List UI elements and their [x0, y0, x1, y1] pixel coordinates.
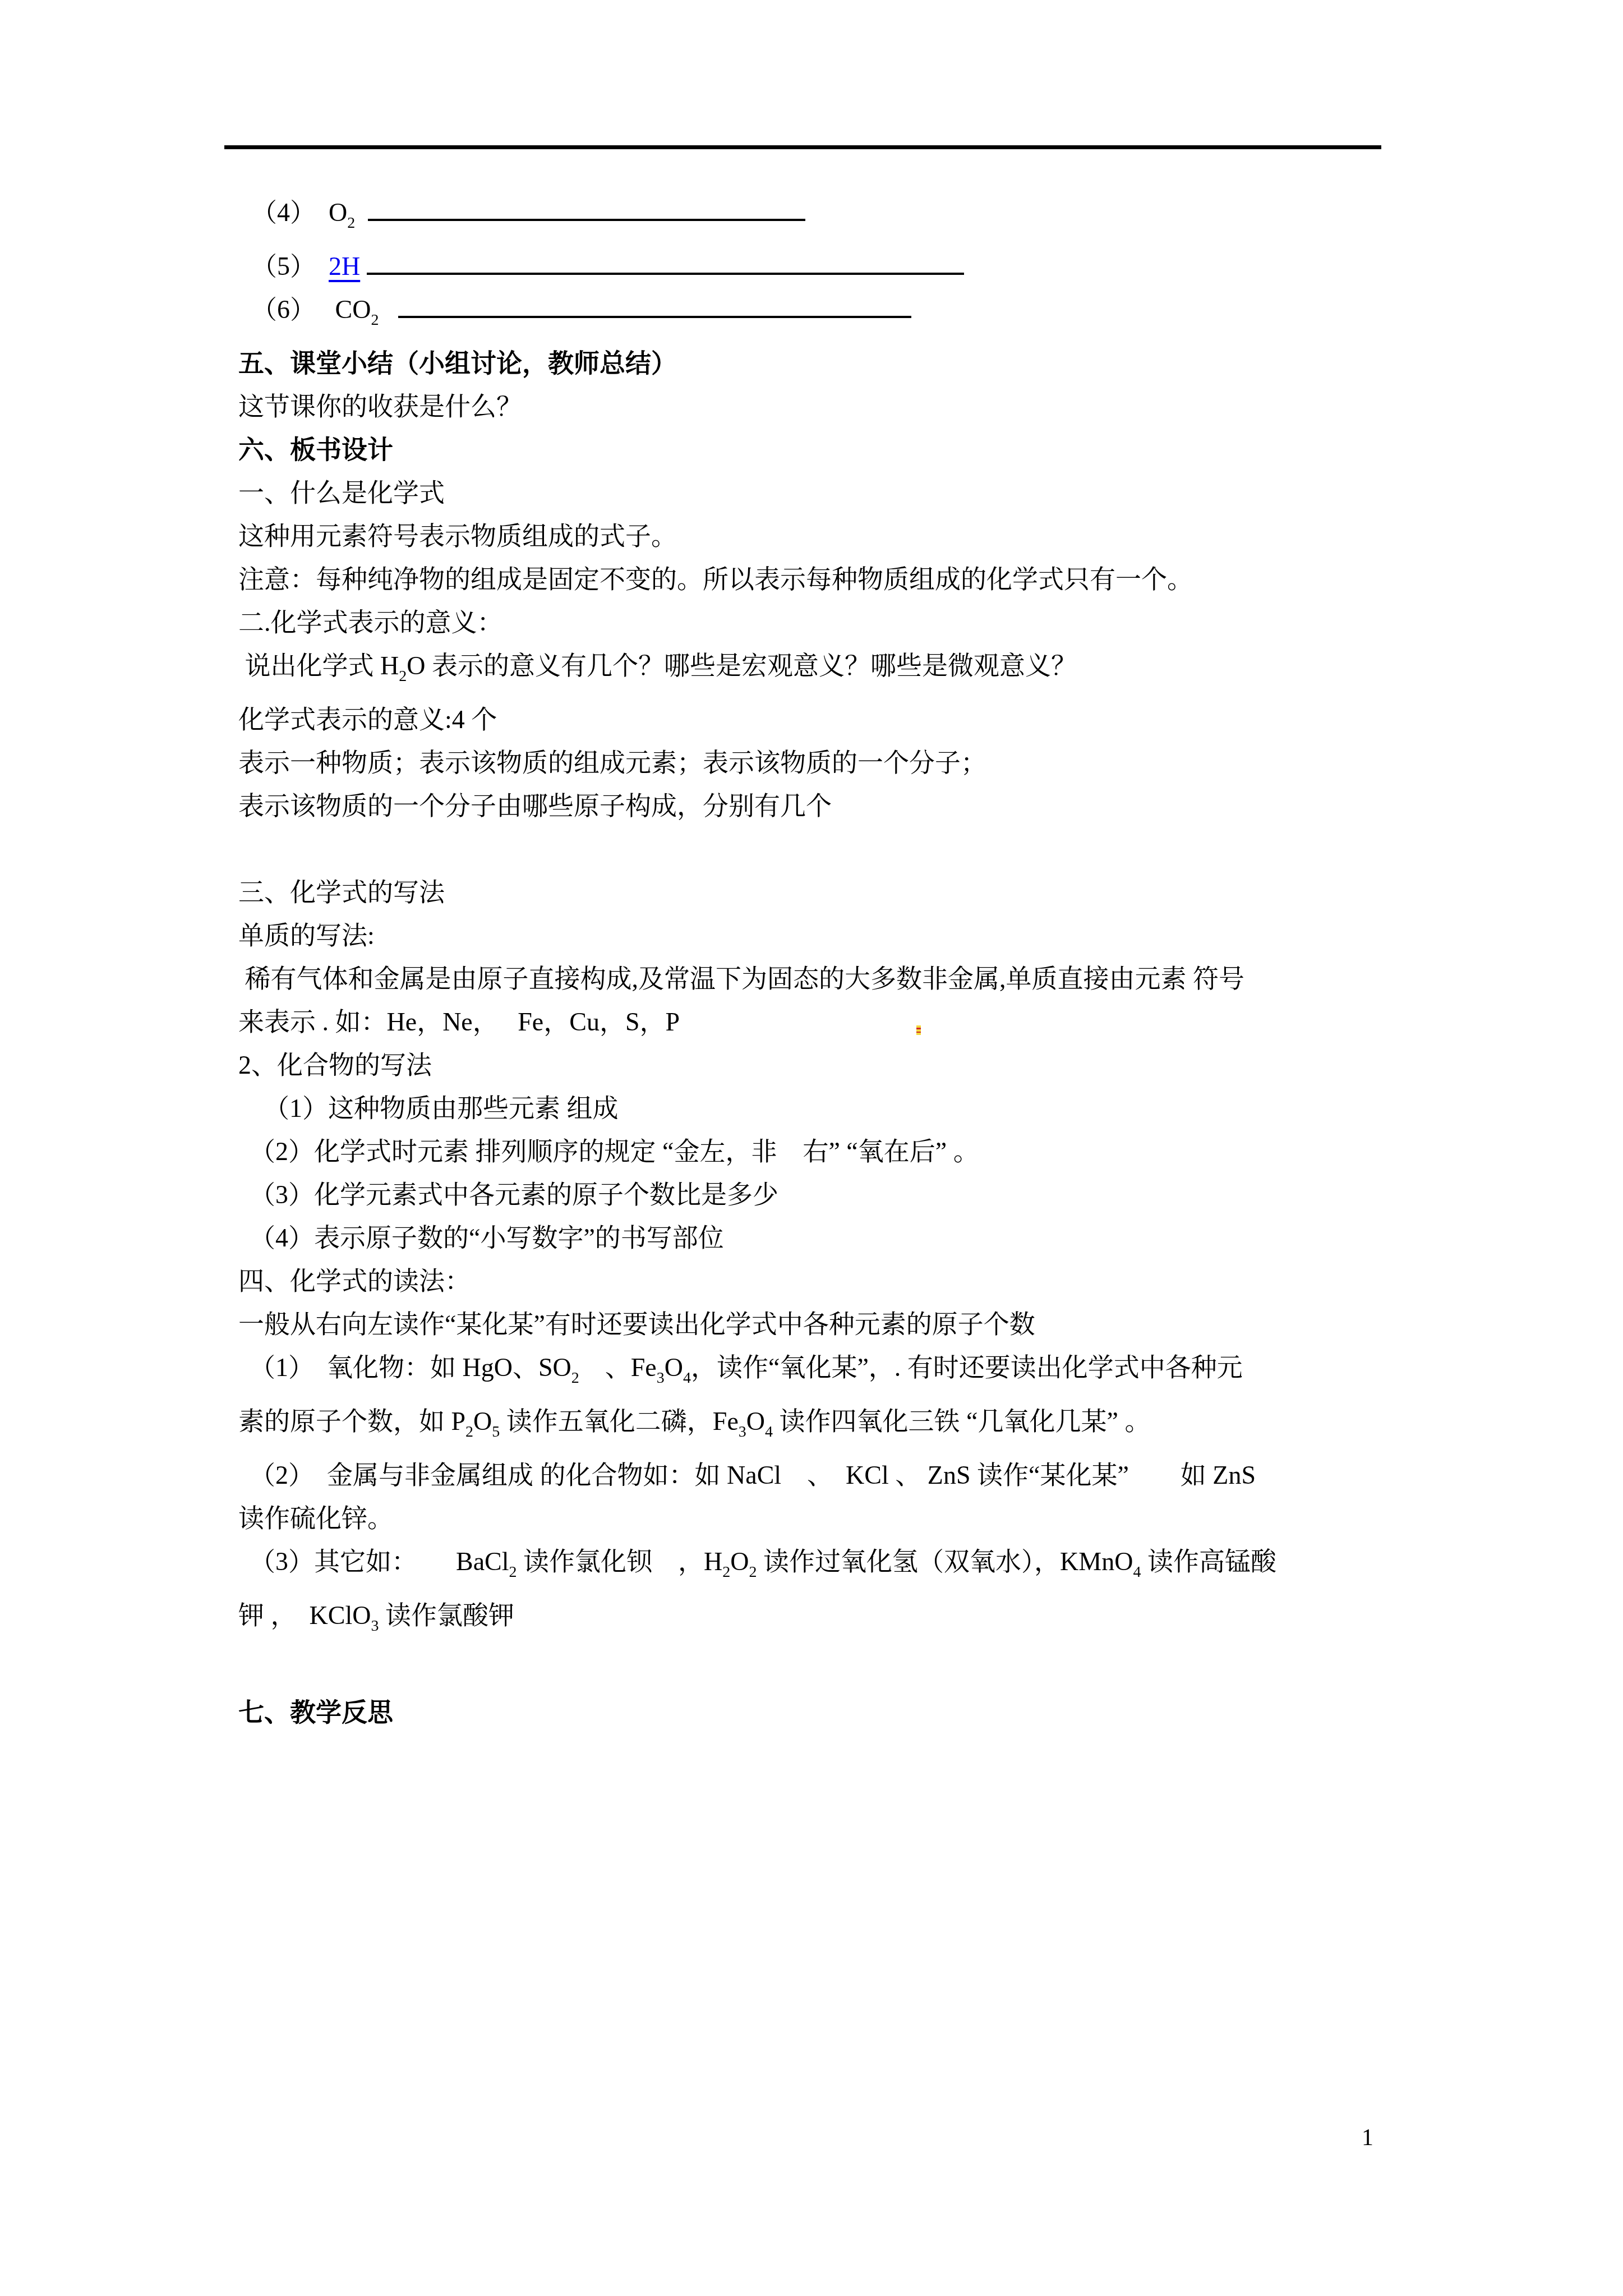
annotation-artifact-mark [916, 1025, 921, 1035]
subscript-text: 3 [657, 1369, 665, 1387]
text-run: 一般从右向左读作“某化某”有时还要读出化学式中各种元素的原子个数 [238, 1310, 1035, 1338]
text-run: 这节课你的收获是什么？ [238, 392, 522, 421]
text-run: 读作五氧化二磷，Fe [500, 1407, 739, 1435]
text-run: 注意：每种纯净物的组成是固定不变的。所以表示每种物质组成的化学式只有一个。 [238, 565, 1193, 593]
text-run [316, 295, 335, 324]
text-line: 读作硫化锌。 [238, 1497, 1461, 1540]
document-page: （4） O2 （5） 2H （6） CO2 五、课堂小结（小组讨论，教师总结）这… [0, 0, 1623, 2296]
text-run: 素的原子个数，如 P [238, 1407, 465, 1435]
text-run: （1） 氧化物：如 HgO、SO [250, 1353, 571, 1382]
text-run: O [746, 1407, 765, 1435]
text-run: 七、教学反思 [238, 1698, 393, 1727]
text-run: （4）表示原子数的“小写数字”的书写部位 [250, 1223, 724, 1252]
subscript-text: 3 [371, 1617, 379, 1635]
hyperlink[interactable]: 2H [329, 252, 360, 280]
text-run: 说出化学式 H [238, 651, 399, 680]
blank-underline [398, 291, 911, 318]
text-run: （5） [251, 252, 316, 280]
text-run: （1）这种物质由那些元素 组成 [264, 1094, 619, 1122]
text-line: 素的原子个数，如 P2O5 读作五氧化二磷，Fe3O4 读作四氧化三铁 “几氧化… [238, 1400, 1461, 1453]
text-run [316, 252, 329, 280]
text-line: （4）表示原子数的“小写数字”的书写部位 [238, 1216, 1461, 1259]
text-run: （2）化学式时元素 排列顺序的规定 “金左，非 右” “氧在后” 。 [250, 1137, 979, 1166]
text-line: 来表示 . 如：He，Ne， Fe，Cu，S，P [238, 1000, 1461, 1043]
subscript-text: 2 [347, 214, 355, 232]
subscript-text: 2 [571, 1369, 579, 1387]
text-run: O [473, 1407, 492, 1435]
text-run: （2） 金属与非金属组成 的化合物如：如 NaCl 、 KCl 、 ZnS 读作… [250, 1461, 1256, 1489]
text-run: 2、化合物的写法 [238, 1051, 432, 1079]
text-line: （1）这种物质由那些元素 组成 [238, 1087, 1461, 1130]
text-run: 、Fe [579, 1353, 657, 1382]
text-run: 这种用元素符号表示物质组成的式子。 [238, 522, 677, 550]
text-run: （3）化学元素式中各元素的原子个数比是多少 [250, 1180, 778, 1209]
text-line: 说出化学式 H2O 表示的意义有几个？哪些是宏观意义？哪些是微观意义？ [238, 644, 1461, 698]
text-run: O 表示的意义有几个？哪些是宏观意义？哪些是微观意义？ [407, 651, 1077, 680]
text-line: 这节课你的收获是什么？ [238, 385, 1461, 428]
text-run: 单质的写法: [238, 921, 375, 950]
text-run: CO [335, 295, 371, 324]
text-line: （3）化学元素式中各元素的原子个数比是多少 [238, 1173, 1461, 1216]
subscript-text: 3 [739, 1423, 746, 1441]
page-number: 1 [1362, 2124, 1373, 2152]
text-line: 三、化学式的写法 [238, 871, 1461, 914]
text-run: 稀有气体和金属是由原子直接构成,及常温下为固态的大多数非金属,单质直接由元素 符… [238, 964, 1244, 993]
text-run: 来表示 . 如：He，Ne， Fe，Cu，S，P [238, 1007, 680, 1036]
text-run: 读作氯化钡 ，H [517, 1547, 723, 1576]
subscript-text: 4 [1133, 1563, 1141, 1581]
text-line: （6） CO2 [238, 288, 1461, 342]
text-run: O [730, 1547, 749, 1576]
text-run: ，读作“氧化某”，. 有时还要读出化学式中各种元 [691, 1353, 1243, 1382]
text-run: 读作高锰酸 [1141, 1547, 1276, 1576]
text-run: 表示该物质的一个分子由哪些原子构成，分别有几个 [238, 792, 832, 820]
text-run: （4） [251, 198, 316, 227]
text-run: 读作四氧化三铁 “几氧化几某” 。 [773, 1407, 1150, 1435]
text-run: 化学式表示的意义:4 个 [238, 705, 497, 734]
text-line: 注意：每种纯净物的组成是固定不变的。所以表示每种物质组成的化学式只有一个。 [238, 558, 1461, 601]
text-line: 五、课堂小结（小组讨论，教师总结） [238, 342, 1461, 385]
text-run: 二.化学式表示的意义： [238, 608, 503, 637]
text-run: 钾 ， KClO [238, 1601, 371, 1630]
text-run: 读作氯酸钾 [379, 1601, 514, 1630]
subscript-text: 2 [399, 668, 407, 685]
text-line: 四、化学式的读法： [238, 1259, 1461, 1303]
text-line: （2） 金属与非金属组成 的化合物如：如 NaCl 、 KCl 、 ZnS 读作… [238, 1453, 1461, 1497]
text-line: （4） O2 [238, 191, 1461, 245]
text-line: 表示一种物质；表示该物质的组成元素；表示该物质的一个分子； [238, 741, 1461, 784]
subscript-text: 2 [722, 1563, 730, 1581]
text-line: 一般从右向左读作“某化某”有时还要读出化学式中各种元素的原子个数 [238, 1303, 1461, 1346]
text-run [379, 295, 398, 324]
text-line: 一、什么是化学式 [238, 471, 1461, 514]
blank-underline [367, 248, 964, 275]
text-run: 五、课堂小结（小组讨论，教师总结） [238, 349, 677, 378]
subscript-text: 2 [371, 311, 379, 329]
text-line: 二.化学式表示的意义： [238, 601, 1461, 644]
text-run: 三、化学式的写法 [238, 878, 445, 907]
document-body: （4） O2 （5） 2H （6） CO2 五、课堂小结（小组讨论，教师总结）这… [238, 191, 1461, 1734]
subscript-text: 4 [765, 1423, 773, 1441]
text-run: 读作硫化锌。 [238, 1504, 393, 1533]
subscript-text: 5 [492, 1423, 500, 1441]
text-line: 稀有气体和金属是由原子直接构成,及常温下为固态的大多数非金属,单质直接由元素 符… [238, 957, 1461, 1000]
blank-underline [368, 194, 805, 221]
text-run: 一、什么是化学式 [238, 478, 445, 507]
text-run [360, 252, 367, 280]
text-line: （1） 氧化物：如 HgO、SO2 、Fe3O4，读作“氧化某”，. 有时还要读… [238, 1346, 1461, 1400]
text-line [238, 827, 1461, 871]
text-run: O [665, 1353, 683, 1382]
subscript-text: 2 [465, 1423, 473, 1441]
text-line: （5） 2H [238, 245, 1461, 288]
text-line: 钾 ， KClO3 读作氯酸钾 [238, 1594, 1461, 1648]
text-run: 读作过氧化氢（双氧水），KMnO [757, 1547, 1133, 1576]
text-run: 四、化学式的读法： [238, 1267, 471, 1295]
text-run: （6） [251, 295, 316, 324]
text-line: 七、教学反思 [238, 1691, 1461, 1734]
text-line: 六、板书设计 [238, 428, 1461, 471]
header-divider-rule [224, 145, 1381, 149]
text-run: O [329, 198, 347, 227]
text-line: 表示该物质的一个分子由哪些原子构成，分别有几个 [238, 784, 1461, 827]
text-line [238, 1648, 1461, 1691]
text-run [355, 198, 368, 227]
text-line: 化学式表示的意义:4 个 [238, 698, 1461, 741]
subscript-text: 4 [683, 1369, 691, 1387]
text-run: （3）其它如： BaCl [250, 1547, 509, 1576]
text-line: （3）其它如： BaCl2 读作氯化钡 ，H2O2 读作过氧化氢（双氧水），KM… [238, 1540, 1461, 1594]
text-run: 六、板书设计 [238, 435, 393, 464]
text-line: 2、化合物的写法 [238, 1043, 1461, 1087]
text-run: 表示一种物质；表示该物质的组成元素；表示该物质的一个分子； [238, 748, 986, 777]
text-line: 单质的写法: [238, 914, 1461, 957]
text-line: 这种用元素符号表示物质组成的式子。 [238, 514, 1461, 558]
text-run [316, 198, 329, 227]
text-line: （2）化学式时元素 排列顺序的规定 “金左，非 右” “氧在后” 。 [238, 1130, 1461, 1173]
subscript-text: 2 [509, 1563, 517, 1581]
subscript-text: 2 [749, 1563, 757, 1581]
